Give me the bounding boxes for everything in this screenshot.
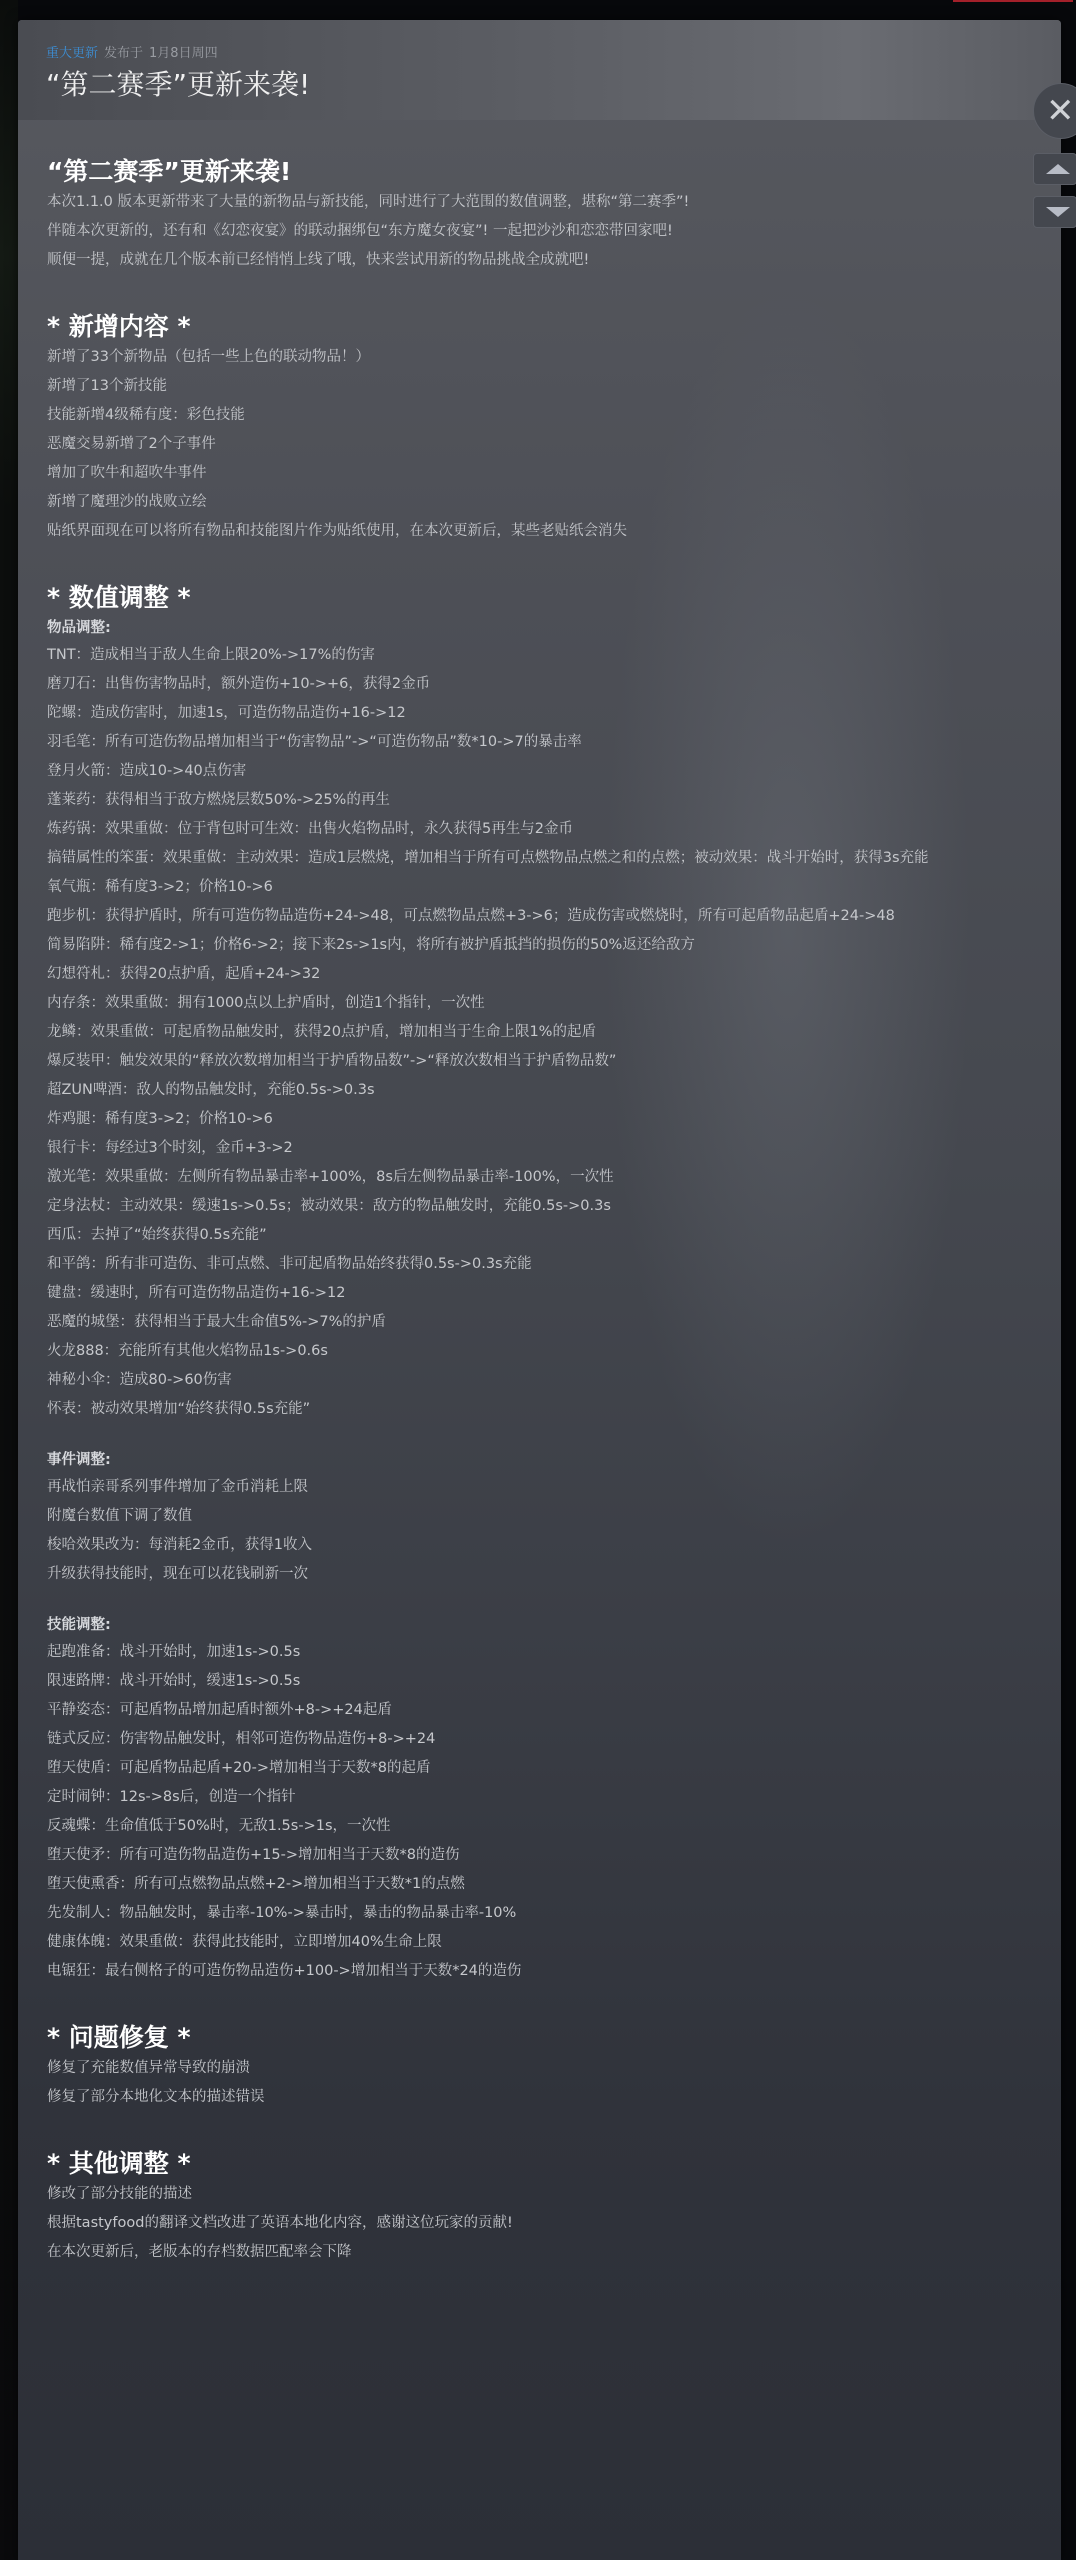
list-item: 神秘小伞：造成80->60伤害 xyxy=(47,1366,1037,1395)
list-item: 在本次更新后，老版本的存档数据匹配率会下降 xyxy=(47,2238,1037,2267)
list-item: 电锯狂：最右侧格子的可造伤物品造伤+100->增加相当于天数*24的造伤 xyxy=(47,1957,1037,1986)
intro-line: 顺便一提，成就在几个版本前已经悄悄上线了哦，快来尝试用新的物品挑战全成就吧! xyxy=(47,246,1037,275)
section-title-new-content: * 新增内容 * xyxy=(47,311,1037,343)
list-item: 限速路牌：战斗开始时，缓速1s->0.5s xyxy=(47,1667,1037,1696)
event-modal: 重大更新发布于1月8日周四 “第二赛季”更新来袭! “第二赛季”更新来袭! 本次… xyxy=(18,20,1061,2560)
list-item: 堕天使矛：所有可造伤物品造伤+15->增加相当于天数*8的造伤 xyxy=(47,1841,1037,1870)
list-item: 恶魔的城堡：获得相当于最大生命值5%->7%的护盾 xyxy=(47,1308,1037,1337)
list-item: 磨刀石：出售伤害物品时，额外造伤+10->+6，获得2金币 xyxy=(47,670,1037,699)
list-item: 炸鸡腿：稀有度3->2；价格10->6 xyxy=(47,1105,1037,1134)
list-item: 堕天使盾：可起盾物品起盾+20->增加相当于天数*8的起盾 xyxy=(47,1754,1037,1783)
article-body: “第二赛季”更新来袭! 本次1.1.0 版本更新带来了大量的新物品与新技能，同时… xyxy=(18,120,1037,2267)
list-item: 链式反应：伤害物品触发时，相邻可造伤物品造伤+8->+24 xyxy=(47,1725,1037,1754)
triangle-down-icon xyxy=(1046,207,1070,217)
background-left xyxy=(0,0,18,2560)
list-item: 炼药锅：效果重做：位于背包时可生效：出售火焰物品时，永久获得5再生与2金币 xyxy=(47,815,1037,844)
other-list: 修改了部分技能的描述 根据tastyfood的翻译文档改进了英语本地化内容，感谢… xyxy=(47,2180,1037,2267)
list-item: 西瓜：去掉了“始终获得0.5s充能” xyxy=(47,1221,1037,1250)
section-title-fixes: * 问题修复 * xyxy=(47,2022,1037,2054)
list-item: 幻想符札：获得20点护盾，起盾+24->32 xyxy=(47,960,1037,989)
list-item: 火龙888：充能所有其他火焰物品1s->0.6s xyxy=(47,1337,1037,1366)
list-item: 技能新增4级稀有度：彩色技能 xyxy=(47,401,1037,430)
list-item: 根据tastyfood的翻译文档改进了英语本地化内容，感谢这位玩家的贡献! xyxy=(47,2209,1037,2238)
previous-button[interactable] xyxy=(1033,153,1076,185)
list-item: 登月火箭：造成10->40点伤害 xyxy=(47,757,1037,786)
section-title-balance: * 数值调整 * xyxy=(47,582,1037,614)
list-item: 平静姿态：可起盾物品增加起盾时额外+8->+24起盾 xyxy=(47,1696,1037,1725)
update-tag[interactable]: 重大更新 xyxy=(46,46,98,61)
list-item: 先发制人：物品触发时，暴击率-10%->暴击时，暴击的物品暴击率-10% xyxy=(47,1899,1037,1928)
list-item: 跑步机：获得护盾时，所有可造伤物品造伤+24->48，可点燃物品点燃+3->6；… xyxy=(47,902,1037,931)
post-date: 1月8日周四 xyxy=(149,46,218,61)
close-icon: ✕ xyxy=(1046,91,1075,131)
list-item: 堕天使熏香：所有可点燃物品点燃+2->增加相当于天数*1的点燃 xyxy=(47,1870,1037,1899)
section-title-other: * 其他调整 * xyxy=(47,2148,1037,2180)
list-item: 怀表：被动效果增加“始终获得0.5s充能” xyxy=(47,1395,1037,1424)
list-item: 贴纸界面现在可以将所有物品和技能图片作为贴纸使用，在本次更新后，某些老贴纸会消失 xyxy=(47,517,1037,546)
fixes-list: 修复了充能数值异常导致的崩溃 修复了部分本地化文本的描述错误 xyxy=(47,2054,1037,2112)
list-item: 陀螺：造成伤害时，加速1s，可造伤物品造伤+16->12 xyxy=(47,699,1037,728)
list-item: 蓬莱药：获得相当于敌方燃烧层数50%->25%的再生 xyxy=(47,786,1037,815)
list-item: 内存条：效果重做：拥有1000点以上护盾时，创造1个指针，一次性 xyxy=(47,989,1037,1018)
subheading-items: 物品调整: xyxy=(47,616,1037,641)
list-item: 简易陷阱：稀有度2->1；价格6->2；接下来2s->1s内，将所有被护盾抵挡的… xyxy=(47,931,1037,960)
article-heading: “第二赛季”更新来袭! xyxy=(47,156,1037,188)
new-content-list: 新增了33个新物品（包括一些上色的联动物品！） 新增了13个新技能 技能新增4级… xyxy=(47,343,1037,546)
list-item: 起跑准备：战斗开始时，加速1s->0.5s xyxy=(47,1638,1037,1667)
list-item: 反魂蝶：生命值低于50%时，无敌1.5s->1s，一次性 xyxy=(47,1812,1037,1841)
list-item: 和平鸽：所有非可造伤、非可点燃、非可起盾物品始终获得0.5s->0.3s充能 xyxy=(47,1250,1037,1279)
list-item: 超ZUN啤酒：敌人的物品触发时，充能0.5s->0.3s xyxy=(47,1076,1037,1105)
subheading-skills: 技能调整: xyxy=(47,1613,1037,1638)
list-item: 键盘：缓速时，所有可造伤物品造伤+16->12 xyxy=(47,1279,1037,1308)
list-item: 修改了部分技能的描述 xyxy=(47,2180,1037,2209)
list-item: 银行卡：每经过3个时刻，金币+3->2 xyxy=(47,1134,1037,1163)
triangle-up-icon xyxy=(1046,164,1070,174)
list-item: 新增了魔理沙的战败立绘 xyxy=(47,488,1037,517)
next-button[interactable] xyxy=(1033,196,1076,228)
list-item: 增加了吹牛和超吹牛事件 xyxy=(47,459,1037,488)
intro-line: 本次1.1.0 版本更新带来了大量的新物品与新技能，同时进行了大范围的数值调整，… xyxy=(47,188,1037,217)
list-item: 修复了充能数值异常导致的崩溃 xyxy=(47,2054,1037,2083)
subheading-events: 事件调整: xyxy=(47,1448,1037,1473)
posted-label: 发布于 xyxy=(104,46,143,61)
post-meta: 重大更新发布于1月8日周四 xyxy=(46,42,218,61)
list-item: 再战怕亲哥系列事件增加了金币消耗上限 xyxy=(47,1473,1037,1502)
list-item: 龙鳞：效果重做：可起盾物品触发时，获得20点护盾，增加相当于生命上限1%的起盾 xyxy=(47,1018,1037,1047)
skill-changes-list: 起跑准备：战斗开始时，加速1s->0.5s 限速路牌：战斗开始时，缓速1s->0… xyxy=(47,1638,1037,1986)
list-item: 定身法杖：主动效果：缓速1s->0.5s；被动效果：敌方的物品触发时，充能0.5… xyxy=(47,1192,1037,1221)
modal-title: “第二赛季”更新来袭! xyxy=(46,63,310,103)
list-item: 健康体魄：效果重做：获得此技能时，立即增加40%生命上限 xyxy=(47,1928,1037,1957)
list-item: 梭哈效果改为：每消耗2金币，获得1收入 xyxy=(47,1531,1037,1560)
list-item: 附魔台数值下调了数值 xyxy=(47,1502,1037,1531)
list-item: 定时闹钟：12s->8s后，创造一个指针 xyxy=(47,1783,1037,1812)
top-accent-bar xyxy=(953,0,1073,2)
event-changes-list: 再战怕亲哥系列事件增加了金币消耗上限 附魔台数值下调了数值 梭哈效果改为：每消耗… xyxy=(47,1473,1037,1589)
modal-header: 重大更新发布于1月8日周四 “第二赛季”更新来袭! xyxy=(18,20,1061,120)
list-item: 新增了13个新技能 xyxy=(47,372,1037,401)
item-changes-list: TNT：造成相当于敌人生命上限20%->17%的伤害 磨刀石：出售伤害物品时，额… xyxy=(47,641,1037,1424)
list-item: 氧气瓶：稀有度3->2；价格10->6 xyxy=(47,873,1037,902)
list-item: 激光笔：效果重做：左侧所有物品暴击率+100%，8s后左侧物品暴击率-100%，… xyxy=(47,1163,1037,1192)
list-item: 羽毛笔：所有可造伤物品增加相当于“伤害物品”->“可造伤物品”数*10->7的暴… xyxy=(47,728,1037,757)
list-item: 搞错属性的笨蛋：效果重做：主动效果：造成1层燃烧，增加相当于所有可点燃物品点燃之… xyxy=(47,844,1037,873)
list-item: TNT：造成相当于敌人生命上限20%->17%的伤害 xyxy=(47,641,1037,670)
list-item: 爆反装甲：触发效果的“释放次数增加相当于护盾物品数”->“释放次数相当于护盾物品… xyxy=(47,1047,1037,1076)
list-item: 新增了33个新物品（包括一些上色的联动物品！） xyxy=(47,343,1037,372)
list-item: 修复了部分本地化文本的描述错误 xyxy=(47,2083,1037,2112)
list-item: 升级获得技能时，现在可以花钱刷新一次 xyxy=(47,1560,1037,1589)
intro-line: 伴随本次更新的，还有和《幻恋夜宴》的联动捆绑包“东方魔女夜宴”! 一起把沙沙和恋… xyxy=(47,217,1037,246)
list-item: 恶魔交易新增了2个子事件 xyxy=(47,430,1037,459)
